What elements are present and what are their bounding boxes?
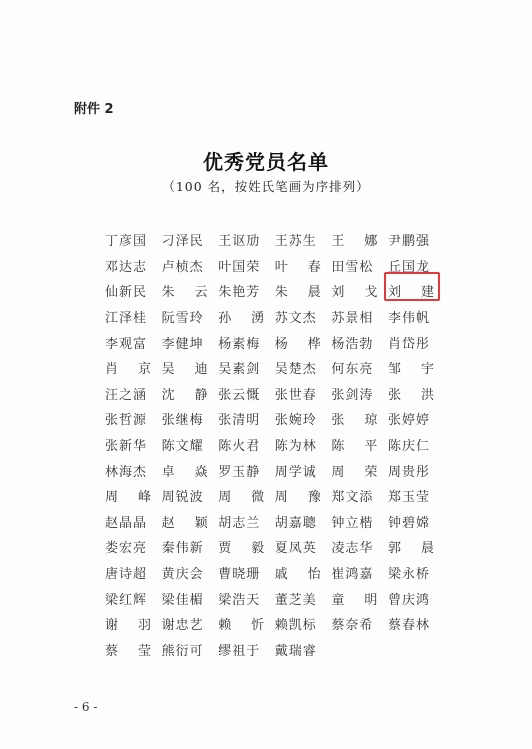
list-item: 丁彦国 [105,227,151,253]
list-item: 杨素梅 [218,329,264,355]
surname: 周 [105,486,118,505]
list-item: 邓达志 [105,253,151,279]
surname: 张 [388,384,401,403]
page-subtitle: （100 名，按姓氏笔画为序排列） [0,177,532,195]
list-item: 沈静 [162,381,208,407]
list-item: 王讴劢 [218,227,264,253]
list-item: 童明 [331,585,377,611]
list-item: 李观富 [105,329,151,355]
list-item: 周荣 [331,457,377,483]
list-item: 梁浩天 [218,585,264,611]
list-item: 张新华 [105,432,151,458]
list-item: 朱艳芳 [218,278,264,304]
list-item: 钟立楷 [331,509,377,535]
given-name: 桦 [308,333,321,352]
list-item: 杨桦 [275,329,321,355]
list-item: 卓焱 [162,457,208,483]
surname: 张 [331,409,344,428]
list-item: 蔡春林 [388,611,434,637]
list-item: 仙新民 [105,278,151,304]
given-name: 静 [195,384,208,403]
list-item: 张继梅 [162,406,208,432]
given-name: 忻 [251,614,264,633]
list-item: 郑玉莹 [388,483,434,509]
list-item: 赖忻 [218,611,264,637]
surname: 周 [331,461,344,480]
list-item: 汪之涵 [105,381,151,407]
surname: 周 [218,486,231,505]
list-item: 尹鹏强 [388,227,434,253]
given-name: 焱 [195,461,208,480]
surname: 邹 [388,358,401,377]
given-name: 湧 [251,307,264,326]
given-name: 云 [195,281,208,300]
list-item: 肖京 [105,355,151,381]
surname: 刘 [331,281,344,300]
attachment-label: 附件 2 [74,98,114,117]
list-item: 曹晓珊 [218,560,264,586]
list-item: 赖凯标 [275,611,321,637]
given-name: 颖 [195,512,208,531]
given-name: 平 [364,435,377,454]
list-item: 卢桢杰 [162,253,208,279]
list-item: 梁红辉 [105,585,151,611]
surname: 王 [331,230,344,249]
list-item: 陈火君 [218,432,264,458]
list-item: 王娜 [331,227,377,253]
given-name: 晨 [308,281,321,300]
list-item: 周贵彤 [388,457,434,483]
surname: 郭 [388,537,401,556]
list-item: 周锐波 [162,483,208,509]
surname: 贾 [218,537,231,556]
list-item: 苏景相 [331,304,377,330]
list-item: 肖岱彤 [388,329,434,355]
list-item: 李健坤 [162,329,208,355]
surname: 赵 [162,512,175,531]
list-item: 赵颖 [162,509,208,535]
given-name: 娜 [364,230,377,249]
given-name: 春 [308,256,321,275]
list-item: 吴迪 [162,355,208,381]
page-title: 优秀党员名单 [0,146,532,175]
list-item: 陈文耀 [162,432,208,458]
surname: 朱 [275,281,288,300]
list-item: 朱晨 [275,278,321,304]
list-item: 张世春 [275,381,321,407]
given-name: 戈 [364,281,377,300]
surname: 谢 [105,614,118,633]
document-page: 附件 2 优秀党员名单 （100 名，按姓氏笔画为序排列） 丁彦国刁泽民王讴劢王… [0,0,532,749]
list-item: 叶国荣 [218,253,264,279]
list-item: 崔鸿嘉 [331,560,377,586]
list-item: 胡志兰 [218,509,264,535]
given-name: 荣 [364,461,377,480]
list-item: 胡嘉聰 [275,509,321,535]
list-item: 周豫 [275,483,321,509]
list-item: 阮雪玲 [162,304,208,330]
surname: 沈 [162,384,175,403]
list-item: 何东亮 [331,355,377,381]
list-item: 吴楚杰 [275,355,321,381]
given-name: 豫 [308,486,321,505]
list-item: 戚怡 [275,560,321,586]
list-item: 杨浩勃 [331,329,377,355]
given-name: 峰 [138,486,151,505]
surname: 蔡 [105,640,118,659]
list-item: 凌志华 [331,534,377,560]
surname: 吴 [162,358,175,377]
list-item: 张清明 [218,406,264,432]
given-name: 羽 [138,614,151,633]
given-name: 毅 [251,537,264,556]
surname: 赖 [218,614,231,633]
list-item: 赵晶晶 [105,509,151,535]
surname: 陈 [331,435,344,454]
surname: 叶 [275,256,288,275]
page-number: - 6 - [74,700,97,714]
list-item: 秦伟新 [162,534,208,560]
list-item: 熊衍可 [162,637,208,663]
surname: 卓 [162,461,175,480]
list-item: 黄庆会 [162,560,208,586]
list-item: 娄宏亮 [105,534,151,560]
list-item: 李伟帆 [388,304,434,330]
list-item: 郑文添 [331,483,377,509]
list-item: 邹宇 [388,355,434,381]
list-item: 谢忠艺 [162,611,208,637]
list-item: 戴瑞睿 [275,637,321,663]
given-name: 明 [364,589,377,608]
list-item: 张哲源 [105,406,151,432]
list-item: 叶春 [275,253,321,279]
surname: 肖 [105,358,118,377]
given-name: 怡 [308,563,321,582]
surname: 戚 [275,563,288,582]
list-item: 夏凤英 [275,534,321,560]
surname: 周 [275,486,288,505]
given-name: 微 [251,486,264,505]
list-item: 陈为林 [275,432,321,458]
highlight-box [384,272,440,301]
list-item: 罗玉静 [218,457,264,483]
list-item: 董芝美 [275,585,321,611]
list-item: 唐诗超 [105,560,151,586]
given-name: 京 [138,358,151,377]
list-item: 苏文杰 [275,304,321,330]
list-item: 贾毅 [218,534,264,560]
list-item: 陈庆仁 [388,432,434,458]
list-item: 王苏生 [275,227,321,253]
list-item: 曾庆鸿 [388,585,434,611]
given-name: 琼 [364,409,377,428]
surname: 朱 [162,281,175,300]
list-item: 周微 [218,483,264,509]
surname: 童 [331,589,344,608]
given-name: 宇 [421,358,434,377]
surname: 孙 [218,307,231,326]
list-item: 江泽桂 [105,304,151,330]
list-item: 周峰 [105,483,151,509]
list-item: 谢羽 [105,611,151,637]
list-item: 钟碧嫦 [388,509,434,535]
list-item: 张婷婷 [388,406,434,432]
given-name: 迪 [195,358,208,377]
list-item: 郭晨 [388,534,434,560]
list-item: 林海杰 [105,457,151,483]
list-item: 张剑涛 [331,381,377,407]
given-name: 晨 [421,537,434,556]
list-item: 周学诚 [275,457,321,483]
list-item: 蔡奈希 [331,611,377,637]
given-name: 莹 [138,640,151,659]
list-item: 张婉玲 [275,406,321,432]
list-item: 缪祖于 [218,637,264,663]
list-item: 陈平 [331,432,377,458]
list-item: 梁佳楣 [162,585,208,611]
list-item: 朱云 [162,278,208,304]
list-item: 张云慨 [218,381,264,407]
list-item: 张琼 [331,406,377,432]
list-item: 梁永桥 [388,560,434,586]
list-item: 张洪 [388,381,434,407]
list-item: 蔡莹 [105,637,151,663]
list-item: 孙湧 [218,304,264,330]
surname: 杨 [275,333,288,352]
list-item: 刁泽民 [162,227,208,253]
list-item: 刘戈 [331,278,377,304]
list-item: 吴素剑 [218,355,264,381]
list-item: 田雪松 [331,253,377,279]
given-name: 洪 [421,384,434,403]
